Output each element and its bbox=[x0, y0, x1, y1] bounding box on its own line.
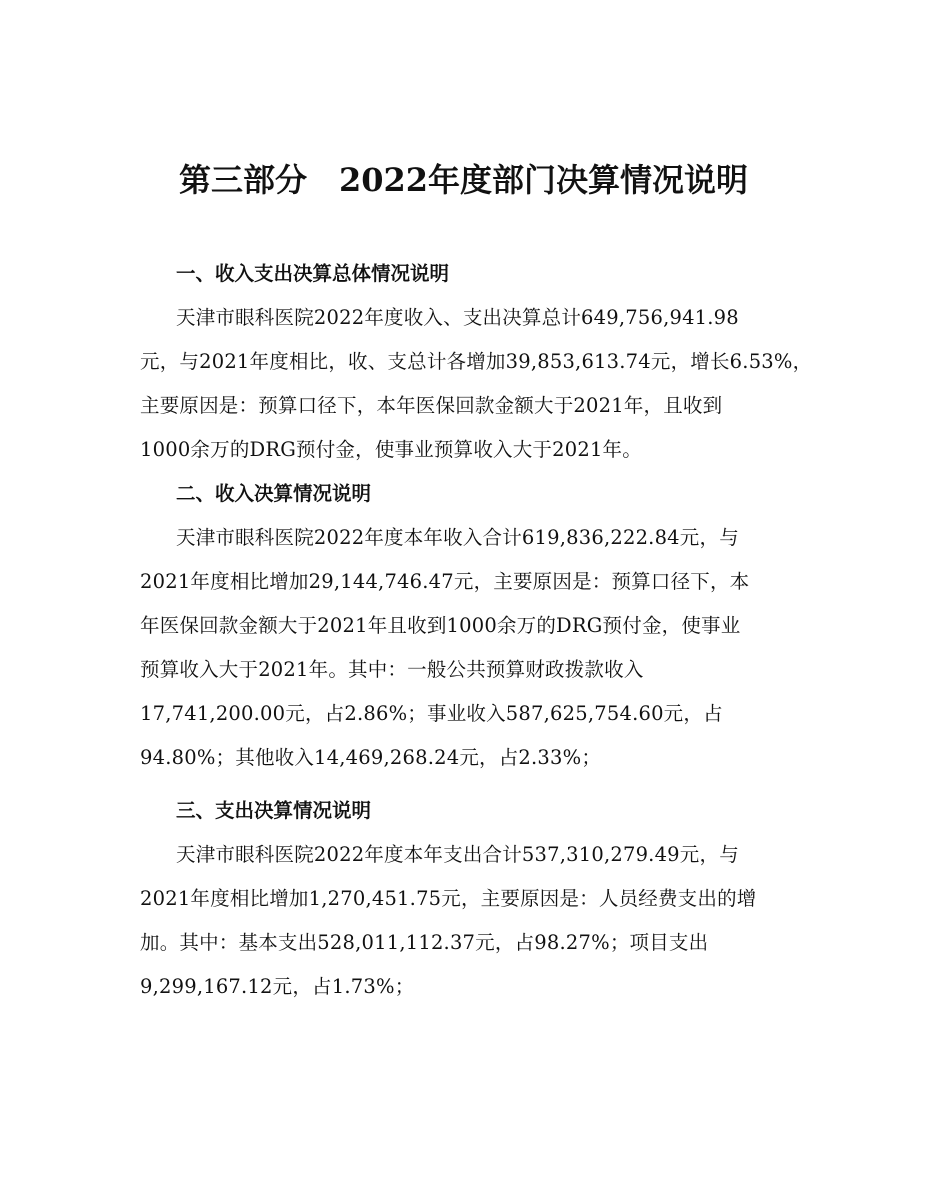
paragraph-line: 17,741,200.00元，占2.86%；事业收入587,625,754.60… bbox=[140, 698, 723, 730]
document-page: 第三部分 2022年度部门决算情况说明 一、收入支出决算总体情况说明 天津市眼科… bbox=[0, 0, 927, 1200]
paragraph-line: 天津市眼科医院2022年度本年收入合计619,836,222.84元，与 bbox=[176, 522, 739, 554]
paragraph-line: 2021年度相比增加29,144,746.47元，主要原因是：预算口径下，本 bbox=[140, 566, 749, 598]
paragraph-line: 2021年度相比增加1,270,451.75元，主要原因是：人员经费支出的增 bbox=[140, 883, 756, 915]
section-heading-overall: 一、收入支出决算总体情况说明 bbox=[176, 258, 449, 290]
paragraph-line: 加。其中：基本支出528,011,112.37元，占98.27%；项目支出 bbox=[140, 927, 708, 959]
section-heading-income: 二、收入决算情况说明 bbox=[176, 478, 371, 510]
paragraph-line: 主要原因是：预算口径下，本年医保回款金额大于2021年，且收到 bbox=[140, 390, 722, 422]
paragraph-line: 年医保回款金额大于2021年且收到1000余万的DRG预付金，使事业 bbox=[140, 610, 740, 642]
page-title: 第三部分 2022年度部门决算情况说明 bbox=[0, 156, 927, 204]
paragraph-line: 预算收入大于2021年。其中：一般公共预算财政拨款收入 bbox=[140, 654, 644, 686]
paragraph-line: 1000余万的DRG预付金，使事业预算收入大于2021年。 bbox=[140, 434, 642, 466]
paragraph-line: 9,299,167.12元，占1.73%； bbox=[140, 971, 414, 1003]
paragraph-line: 天津市眼科医院2022年度本年支出合计537,310,279.49元，与 bbox=[176, 839, 739, 871]
paragraph-line: 天津市眼科医院2022年度收入、支出决算总计649,756,941.98 bbox=[176, 302, 739, 334]
paragraph-line: 元，与2021年度相比，收、支总计各增加39,853,613.74元，增长6.5… bbox=[140, 346, 812, 378]
paragraph-line: 94.80%；其他收入14,469,268.24元，占2.33%； bbox=[140, 742, 601, 774]
section-heading-expenditure: 三、支出决算情况说明 bbox=[176, 795, 371, 827]
